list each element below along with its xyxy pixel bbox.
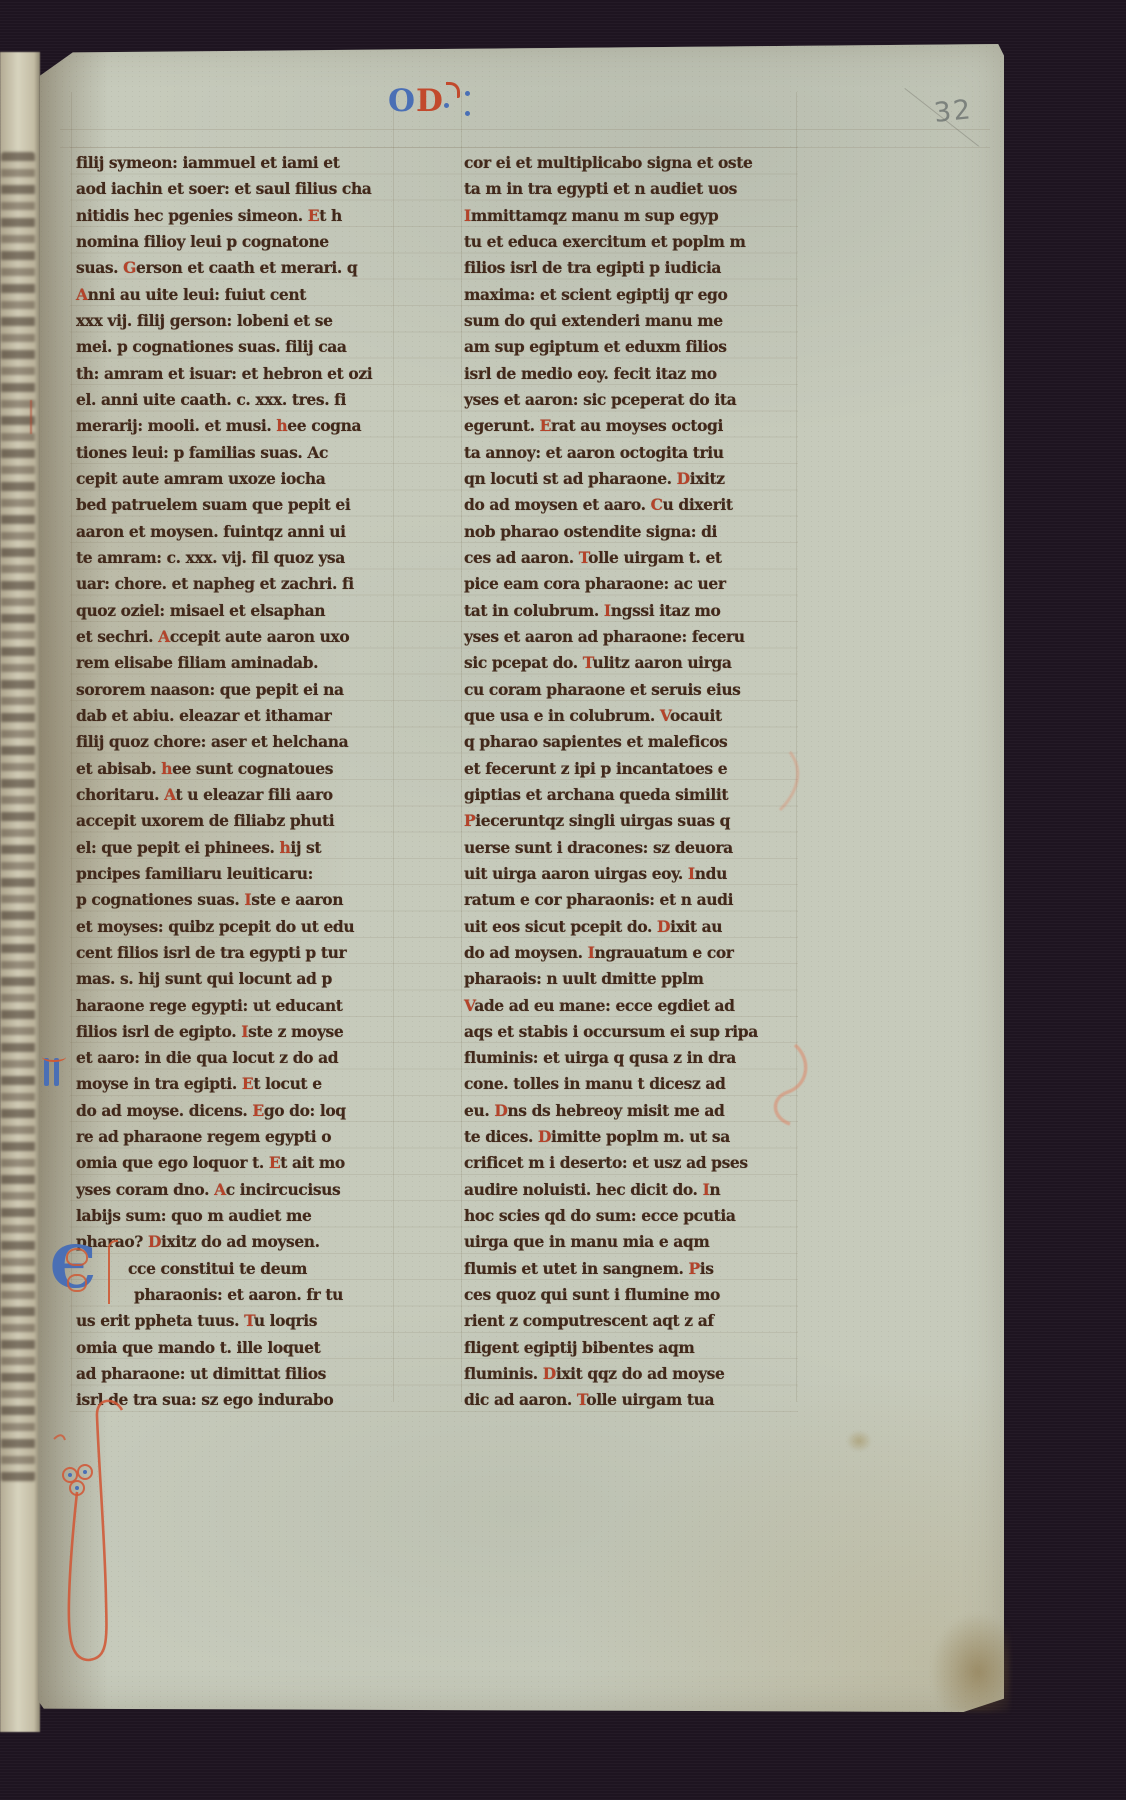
ink-text: re ad pharaone regem egypti o: [76, 1127, 331, 1146]
text-line: et abisab. hee sunt cognatoues: [76, 756, 396, 782]
rubricated-letter: D: [538, 1127, 551, 1146]
rubricated-letter: D: [148, 1232, 161, 1251]
ink-text: omia que ego loquor t.: [76, 1153, 269, 1172]
book-fore-edge: [0, 52, 40, 1732]
ink-text: uirga que in manu mia e aqm: [464, 1232, 709, 1251]
text-line: Anni au uite leui: fuiut cent: [76, 282, 396, 308]
ink-text: filij quoz chore: aser et helchana: [76, 732, 348, 751]
ink-text: bed patruelem suam que pepit ei: [76, 495, 350, 514]
ink-text: do ad moysen et aaro.: [464, 495, 651, 514]
ink-text: pharaois: n uult dmitte pplm: [464, 969, 704, 988]
pen-flourish-right-margin: [750, 1040, 820, 1135]
rubricated-letter: A: [158, 627, 170, 646]
ink-text: ces ad aaron.: [464, 548, 579, 567]
ink-text: nomina filioy leui p cognatone: [76, 232, 329, 251]
folio-number: 32: [932, 94, 973, 129]
ink-text: cone. tolles in manu t dicesz ad: [464, 1074, 725, 1093]
text-line: fluminis: et uirga q qusa z in dra: [464, 1045, 796, 1071]
rubricated-letter: T: [579, 548, 588, 567]
rubricated-letter: I: [464, 206, 471, 225]
pen-flourish-bottom-left: [40, 1395, 170, 1695]
text-line: Vade ad eu mane: ecce egdiet ad: [464, 993, 796, 1019]
text-line: moyse in tra egipti. Et locut e: [76, 1071, 396, 1097]
ink-text: ndu: [695, 864, 727, 883]
rubricated-letter: A: [214, 1180, 226, 1199]
ink-text: mmittamqz manu m sup egyp: [471, 206, 718, 225]
text-line: re ad pharaone regem egypti o: [76, 1124, 396, 1150]
ink-text: uar: chore. et napheg et zachri. fi: [76, 574, 354, 593]
text-line: nomina filioy leui p cognatone: [76, 229, 396, 255]
text-line: qn locuti st ad pharaone. Dixitz: [464, 466, 796, 492]
ruling-header-line: [60, 129, 990, 130]
text-line: bed patruelem suam que pepit ei: [76, 492, 396, 518]
ink-text: ratum e cor pharaonis: et n audi: [464, 890, 733, 909]
ink-text: ccepit aute aaron uxo: [170, 627, 349, 646]
ink-text: t ait mo: [280, 1153, 345, 1172]
ink-text: ta m in tra egypti et n audiet uos: [464, 179, 737, 198]
ink-text: tat in colubrum.: [464, 601, 604, 620]
running-title: OD: [388, 82, 470, 120]
text-line: filios isrl de egipto. Iste z moyse: [76, 1019, 396, 1045]
ink-text: ta annoy: et aaron octogita triu: [464, 443, 724, 462]
text-line: uar: chore. et napheg et zachri. fi: [76, 571, 396, 597]
ink-text: erson et caath et merari. q: [136, 258, 357, 277]
text-line: tat in colubrum. Ingssi itaz mo: [464, 598, 796, 624]
text-line: hoc scies qd do sum: ecce pcutia: [464, 1203, 796, 1229]
ink-text: olle uirgam tua: [586, 1390, 714, 1409]
ink-text: et fecerunt z ipi p incantatoes e: [464, 759, 727, 778]
running-title-letter-o: O: [388, 83, 416, 119]
ink-text: fligent egiptij bibentes aqm: [464, 1338, 694, 1357]
ink-text: ngssi itaz mo: [611, 601, 721, 620]
ink-text: el. anni uite caath. c. xxx. tres. fi: [76, 390, 346, 409]
text-line: et aaro: in die qua locut z do ad: [76, 1045, 396, 1071]
text-line: nob pharao ostendite signa: di: [464, 519, 796, 545]
ink-text: rient z computrescent aqt z af: [464, 1311, 714, 1330]
ink-text: cepit aute amram uxoze iocha: [76, 469, 325, 488]
text-line: giptias et archana queda similit: [464, 782, 796, 808]
rubricated-letter: D: [677, 469, 690, 488]
ink-text: eu.: [464, 1101, 494, 1120]
text-line: eu. Dns ds hebreoy misit me ad: [464, 1098, 796, 1124]
ink-text: audire noluisti. hec dicit do.: [464, 1180, 703, 1199]
text-line: mei. p cognationes suas. filij caa: [76, 334, 396, 360]
ink-text: rem elisabe filiam aminadab.: [76, 653, 318, 672]
ink-text: sum do qui extenderi manu me: [464, 311, 723, 330]
ink-text: ieceruntqz singli uirgas suas q: [475, 811, 730, 830]
ink-text: choritaru.: [76, 785, 164, 804]
ink-text: us erit ppheta tuus.: [76, 1311, 244, 1330]
ink-text: ixit qqz do ad moyse: [556, 1364, 725, 1383]
ink-text: yses et aaron ad pharaone: feceru: [464, 627, 745, 646]
text-line: q pharao sapientes et maleficos: [464, 729, 796, 755]
ink-text: aod iachin et soer: et saul filius cha: [76, 179, 371, 198]
text-line: uirga que in manu mia e aqm: [464, 1229, 796, 1255]
blue-colon-dots-icon: [465, 93, 470, 113]
text-line: pharaois: n uult dmitte pplm: [464, 966, 796, 992]
text-line: merarij: mooli. et musi. hee cogna: [76, 413, 396, 439]
text-line: maxima: et scient egiptij qr ego: [464, 282, 796, 308]
ink-text: mei. p cognationes suas. filij caa: [76, 337, 347, 356]
ink-text: tiones leui: p familias suas. Ac: [76, 443, 328, 462]
text-line: pncipes familiaru leuiticaru:: [76, 861, 396, 887]
ink-text: et abisab.: [76, 759, 161, 778]
ink-text: pice eam cora pharaone: ac uer: [464, 574, 726, 593]
ink-text: labijs sum: quo m audiet me: [76, 1206, 311, 1225]
ink-text: te dices.: [464, 1127, 538, 1146]
ink-text: et aaro: in die qua locut z do ad: [76, 1048, 338, 1067]
ink-text: olle uirgam t. et: [588, 548, 722, 567]
ink-text: ces quoz qui sunt i flumine mo: [464, 1285, 720, 1304]
ink-text: nitidis hec pgenies simeon.: [76, 206, 308, 225]
rubricated-letter: V: [464, 996, 474, 1015]
rubricated-letter: T: [577, 1390, 586, 1409]
text-line: choritaru. At u eleazar fili aaro: [76, 782, 396, 808]
text-line: aaron et moysen. fuintqz anni ui: [76, 519, 396, 545]
text-line: pice eam cora pharaone: ac uer: [464, 571, 796, 597]
rubricated-letter: h: [276, 416, 287, 435]
text-line: fluminis. Dixit qqz do ad moyse: [464, 1361, 796, 1387]
text-line: do ad moysen. Ingrauatum e cor: [464, 940, 796, 966]
text-line: uit uirga aaron uirgas eoy. Indu: [464, 861, 796, 887]
text-line: et fecerunt z ipi p incantatoes e: [464, 756, 796, 782]
ruling-vertical-right-outer: [796, 92, 797, 1402]
ink-text: omia que mando t. ille loquet: [76, 1338, 320, 1357]
abbreviation-curl-icon: [446, 82, 460, 98]
ink-text: merarij: mooli. et musi.: [76, 416, 276, 435]
ink-text: t locut e: [253, 1074, 321, 1093]
ink-text: que usa e in colubrum.: [464, 706, 660, 725]
text-line: suas. Gerson et caath et merari. q: [76, 255, 396, 281]
running-title-letter-d: D: [416, 83, 444, 119]
text-line: quoz oziel: misael et elsaphan: [76, 598, 396, 624]
text-line: et sechri. Accepit aute aaron uxo: [76, 624, 396, 650]
ink-text: u loqris: [254, 1311, 317, 1330]
text-line: p cognationes suas. Iste e aaron: [76, 887, 396, 913]
ink-text: ixitz do ad moysen.: [161, 1232, 320, 1251]
ink-text: cu coram pharaone et seruis eius: [464, 680, 741, 699]
ink-text: et moyses: quibz pcepit do ut edu: [76, 917, 354, 936]
ink-text: giptias et archana queda similit: [464, 785, 728, 804]
rubricated-letter: E: [540, 416, 551, 435]
text-line: haraone rege egypti: ut educant: [76, 993, 396, 1019]
rubricated-letter: I: [688, 864, 695, 883]
text-line: egerunt. Erat au moyses octogi: [464, 413, 796, 439]
rubricated-letter: T: [583, 653, 593, 672]
text-line: tu et educa exercitum et poplm m: [464, 229, 796, 255]
text-line: ces ad aaron. Tolle uirgam t. et: [464, 545, 796, 571]
text-line: rient z computrescent aqt z af: [464, 1308, 796, 1334]
text-line: accepit uxorem de filiabz phuti: [76, 808, 396, 834]
text-line: yses et aaron ad pharaone: feceru: [464, 624, 796, 650]
ink-text: ste e aaron: [251, 890, 343, 909]
text-line: cor ei et multiplicabo signa et oste: [464, 150, 796, 176]
ruling-textblock-top-line: [60, 147, 990, 148]
text-line: tiones leui: p familias suas. Ac: [76, 440, 396, 466]
rubricated-letter: D: [657, 917, 670, 936]
ink-text: accepit uxorem de filiabz phuti: [76, 811, 334, 830]
ink-text: ixitz: [690, 469, 725, 488]
rubricated-letter: C: [651, 495, 663, 514]
text-line: filij symeon: iammuel et iami et: [76, 150, 396, 176]
ink-text: isrl de medio eoy. fecit itaz mo: [464, 364, 717, 383]
text-line: rem elisabe filiam aminadab.: [76, 650, 396, 676]
text-line: do ad moysen et aaro. Cu dixerit: [464, 492, 796, 518]
text-line: fligent egiptij bibentes aqm: [464, 1335, 796, 1361]
ink-text: yses coram dno.: [76, 1180, 214, 1199]
text-line: omia que mando t. ille loquet: [76, 1335, 396, 1361]
small-stain: [846, 1430, 872, 1452]
text-line: pharao? Dixitz do ad moysen.: [76, 1229, 396, 1255]
ink-text: filios isrl de tra egipti p iudicia: [464, 258, 721, 277]
ink-text: rat au moyses octogi: [551, 416, 723, 435]
text-line: yses coram dno. Ac incircucisus: [76, 1177, 396, 1203]
text-line: et moyses: quibz pcepit do ut edu: [76, 914, 396, 940]
text-line: pharaonis: et aaron. fr tu: [76, 1282, 396, 1308]
rubricated-letter: A: [76, 285, 88, 304]
text-line: ad pharaone: ut dimittat filios: [76, 1361, 396, 1387]
ink-text: do ad moysen.: [464, 943, 588, 962]
ink-text: u dixerit: [663, 495, 733, 514]
ink-text: t u eleazar fili aaro: [176, 785, 333, 804]
text-line: aod iachin et soer: et saul filius cha: [76, 176, 396, 202]
adjacent-page-text-smudges: [1, 152, 35, 1482]
text-line: omia que ego loquor t. Et ait mo: [76, 1150, 396, 1176]
pen-flourish-right-margin-small: [758, 748, 813, 818]
text-line: ta m in tra egypti et n audiet uos: [464, 176, 796, 202]
text-line: mas. s. hij sunt qui locunt ad p: [76, 966, 396, 992]
text-line: que usa e in colubrum. Vocauit: [464, 703, 796, 729]
ink-text: ns ds hebreoy misit me ad: [507, 1101, 724, 1120]
text-line: filij quoz chore: aser et helchana: [76, 729, 396, 755]
ink-text: maxima: et scient egiptij qr ego: [464, 285, 727, 304]
ink-text: cce constitui te deum: [128, 1259, 307, 1278]
ink-text: nni au uite leui: fuiut cent: [88, 285, 306, 304]
ink-text: el: que pepit ei phinees.: [76, 838, 279, 857]
ink-text: t h: [319, 206, 342, 225]
ink-text: xxx vij. filij gerson: lobeni et se: [76, 311, 333, 330]
ink-text: aaron et moysen. fuintqz anni ui: [76, 522, 346, 541]
ink-text: q pharao sapientes et maleficos: [464, 732, 727, 751]
ink-text: mas. s. hij sunt qui locunt ad p: [76, 969, 332, 988]
rubricated-letter: I: [604, 601, 611, 620]
text-line: am sup egiptum et eduxm filios: [464, 334, 796, 360]
ruling-vertical-left-outer: [71, 92, 72, 1402]
text-line: us erit ppheta tuus. Tu loqris: [76, 1308, 396, 1334]
ink-text: ee sunt cognatoues: [172, 759, 333, 778]
rubricated-letter: V: [660, 706, 670, 725]
text-column-left: filij symeon: iammuel et iami etaod iach…: [76, 150, 396, 1414]
text-line: flumis et utet in sangnem. Pis: [464, 1256, 796, 1282]
ink-text: suas.: [76, 258, 123, 277]
ruling-vertical-right-inner: [461, 92, 462, 1402]
ink-text: yses et aaron: sic pceperat do ita: [464, 390, 736, 409]
edge-rubric-tick: [30, 400, 32, 434]
ink-text: n: [709, 1180, 720, 1199]
ink-text: ocauit: [670, 706, 722, 725]
rubricated-letter: E: [269, 1153, 280, 1172]
text-line: dic ad aaron. Tolle uirgam tua: [464, 1387, 796, 1413]
chapter-mark-blue-bar: [54, 1058, 59, 1086]
rubricated-letter: E: [252, 1101, 263, 1120]
ink-text: imitte poplm m. ut sa: [551, 1127, 730, 1146]
ink-text: cor ei et multiplicabo signa et oste: [464, 153, 752, 172]
rubricated-letter: D: [543, 1364, 556, 1383]
rubricated-letter: G: [123, 258, 136, 277]
text-line: el: que pepit ei phinees. hij st: [76, 835, 396, 861]
rubricated-letter: E: [242, 1074, 253, 1093]
ink-text: p cognationes suas.: [76, 890, 244, 909]
ink-text: dic ad aaron.: [464, 1390, 577, 1409]
text-line: yses et aaron: sic pceperat do ita: [464, 387, 796, 413]
ink-text: uerse sunt i dracones: sz deuora: [464, 838, 733, 857]
text-line: crificet m i deserto: et usz ad pses: [464, 1150, 796, 1176]
ink-text: te amram: c. xxx. vij. fil quoz ysa: [76, 548, 345, 567]
penwork-filigree-icon: [66, 1248, 88, 1266]
text-line: uit eos sicut pcepit do. Dixit au: [464, 914, 796, 940]
ink-text: fluminis: et uirga q qusa z in dra: [464, 1048, 736, 1067]
chapter-mark-red-squiggle: [42, 1052, 66, 1062]
text-line: dab et abiu. eleazar et ithamar: [76, 703, 396, 729]
ink-text: egerunt.: [464, 416, 540, 435]
ink-text: ste z moyse: [248, 1022, 343, 1041]
rubricated-letter: D: [494, 1101, 507, 1120]
rubricated-letter: I: [588, 943, 595, 962]
ink-text: tu et educa exercitum et poplm m: [464, 232, 746, 251]
ink-text: quoz oziel: misael et elsaphan: [76, 601, 325, 620]
ink-text: hoc scies qd do sum: ecce pcutia: [464, 1206, 735, 1225]
text-column-right: cor ei et multiplicabo signa et osteta m…: [464, 150, 796, 1414]
rubricated-letter: A: [164, 785, 175, 804]
text-line: te amram: c. xxx. vij. fil quoz ysa: [76, 545, 396, 571]
text-line: el. anni uite caath. c. xxx. tres. fi: [76, 387, 396, 413]
penwork-filigree-icon: [67, 1274, 87, 1292]
text-line: filios isrl de tra egipti p iudicia: [464, 255, 796, 281]
text-line: ratum e cor pharaonis: et n audi: [464, 887, 796, 913]
ink-text: th: amram et isuar: et hebron et ozi: [76, 364, 372, 383]
text-line: cepit aute amram uxoze iocha: [76, 466, 396, 492]
ink-text: flumis et utet in sangnem.: [464, 1259, 688, 1278]
ink-text: pncipes familiaru leuiticaru:: [76, 864, 313, 883]
rubricated-letter: P: [464, 811, 475, 830]
text-line: Immittamqz manu m sup egyp: [464, 203, 796, 229]
text-line: sum do qui extenderi manu me: [464, 308, 796, 334]
ink-text: dab et abiu. eleazar et ithamar: [76, 706, 331, 725]
ink-text: am sup egiptum et eduxm filios: [464, 337, 727, 356]
penwork-tail-icon: [108, 1240, 118, 1304]
ink-text: pharaonis: et aaron. fr tu: [134, 1285, 343, 1304]
text-line: xxx vij. filij gerson: lobeni et se: [76, 308, 396, 334]
ink-text: aqs et stabis i occursum ei sup ripa: [464, 1022, 758, 1041]
ink-text: crificet m i deserto: et usz ad pses: [464, 1153, 748, 1172]
text-line: th: amram et isuar: et hebron et ozi: [76, 361, 396, 387]
rubricated-letter: E: [308, 206, 319, 225]
ink-text: cent filios isrl de tra egypti p tur: [76, 943, 346, 962]
corner-stain: [930, 1612, 1010, 1712]
ink-text: ee cogna: [287, 416, 361, 435]
text-line: sic pcepat do. Tulitz aaron uirga: [464, 650, 796, 676]
text-line: labijs sum: quo m audiet me: [76, 1203, 396, 1229]
drop-initial-e: Є: [50, 1240, 116, 1306]
text-line: sororem naason: que pepit ei na: [76, 677, 396, 703]
ink-text: haraone rege egypti: ut educant: [76, 996, 343, 1015]
margin-chapter-mark: [42, 1056, 70, 1088]
text-line: ta annoy: et aaron octogita triu: [464, 440, 796, 466]
ink-text: uit eos sicut pcepit do.: [464, 917, 657, 936]
ink-text: go do: loq: [264, 1101, 346, 1120]
ink-text: fluminis.: [464, 1364, 543, 1383]
ink-text: ij st: [290, 838, 321, 857]
text-line: cce constitui te deum: [76, 1256, 396, 1282]
ink-text: ngrauatum e cor: [595, 943, 734, 962]
text-line: ces quoz qui sunt i flumine mo: [464, 1282, 796, 1308]
ink-text: et sechri.: [76, 627, 158, 646]
ink-text: ad pharaone: ut dimittat filios: [76, 1364, 326, 1383]
text-line: audire noluisti. hec dicit do. In: [464, 1177, 796, 1203]
ink-text: nob pharao ostendite signa: di: [464, 522, 717, 541]
text-line: uerse sunt i dracones: sz deuora: [464, 835, 796, 861]
ink-text: uit uirga aaron uirgas eoy.: [464, 864, 688, 883]
ink-text: qn locuti st ad pharaone.: [464, 469, 677, 488]
text-line: cent filios isrl de tra egypti p tur: [76, 940, 396, 966]
ink-text: ixit au: [670, 917, 722, 936]
text-line: cone. tolles in manu t dicesz ad: [464, 1071, 796, 1097]
ink-text: moyse in tra egipti.: [76, 1074, 242, 1093]
text-line: isrl de medio eoy. fecit itaz mo: [464, 361, 796, 387]
ink-text: sororem naason: que pepit ei na: [76, 680, 344, 699]
ink-text: c incircucisus: [226, 1180, 341, 1199]
ink-text: ulitz aaron uirga: [592, 653, 731, 672]
text-line: cu coram pharaone et seruis eius: [464, 677, 796, 703]
ink-text: ade ad eu mane: ecce egdiet ad: [474, 996, 734, 1015]
ink-text: do ad moyse. dicens.: [76, 1101, 252, 1120]
ink-text: filios isrl de egipto.: [76, 1022, 241, 1041]
text-line: te dices. Dimitte poplm m. ut sa: [464, 1124, 796, 1150]
ink-text: sic pcepat do.: [464, 653, 583, 672]
chapter-mark-blue-bar: [44, 1058, 49, 1086]
text-line: Pieceruntqz singli uirgas suas q: [464, 808, 796, 834]
ink-text: is: [700, 1259, 714, 1278]
text-line: do ad moyse. dicens. Ego do: loq: [76, 1098, 396, 1124]
rubricated-letter: h: [279, 838, 290, 857]
text-line: aqs et stabis i occursum ei sup ripa: [464, 1019, 796, 1045]
rubricated-letter: T: [244, 1311, 254, 1330]
rubricated-letter: P: [688, 1259, 699, 1278]
rubricated-letter: h: [161, 759, 172, 778]
ink-text: filij symeon: iammuel et iami et: [76, 153, 339, 172]
text-line: nitidis hec pgenies simeon. Et h: [76, 203, 396, 229]
